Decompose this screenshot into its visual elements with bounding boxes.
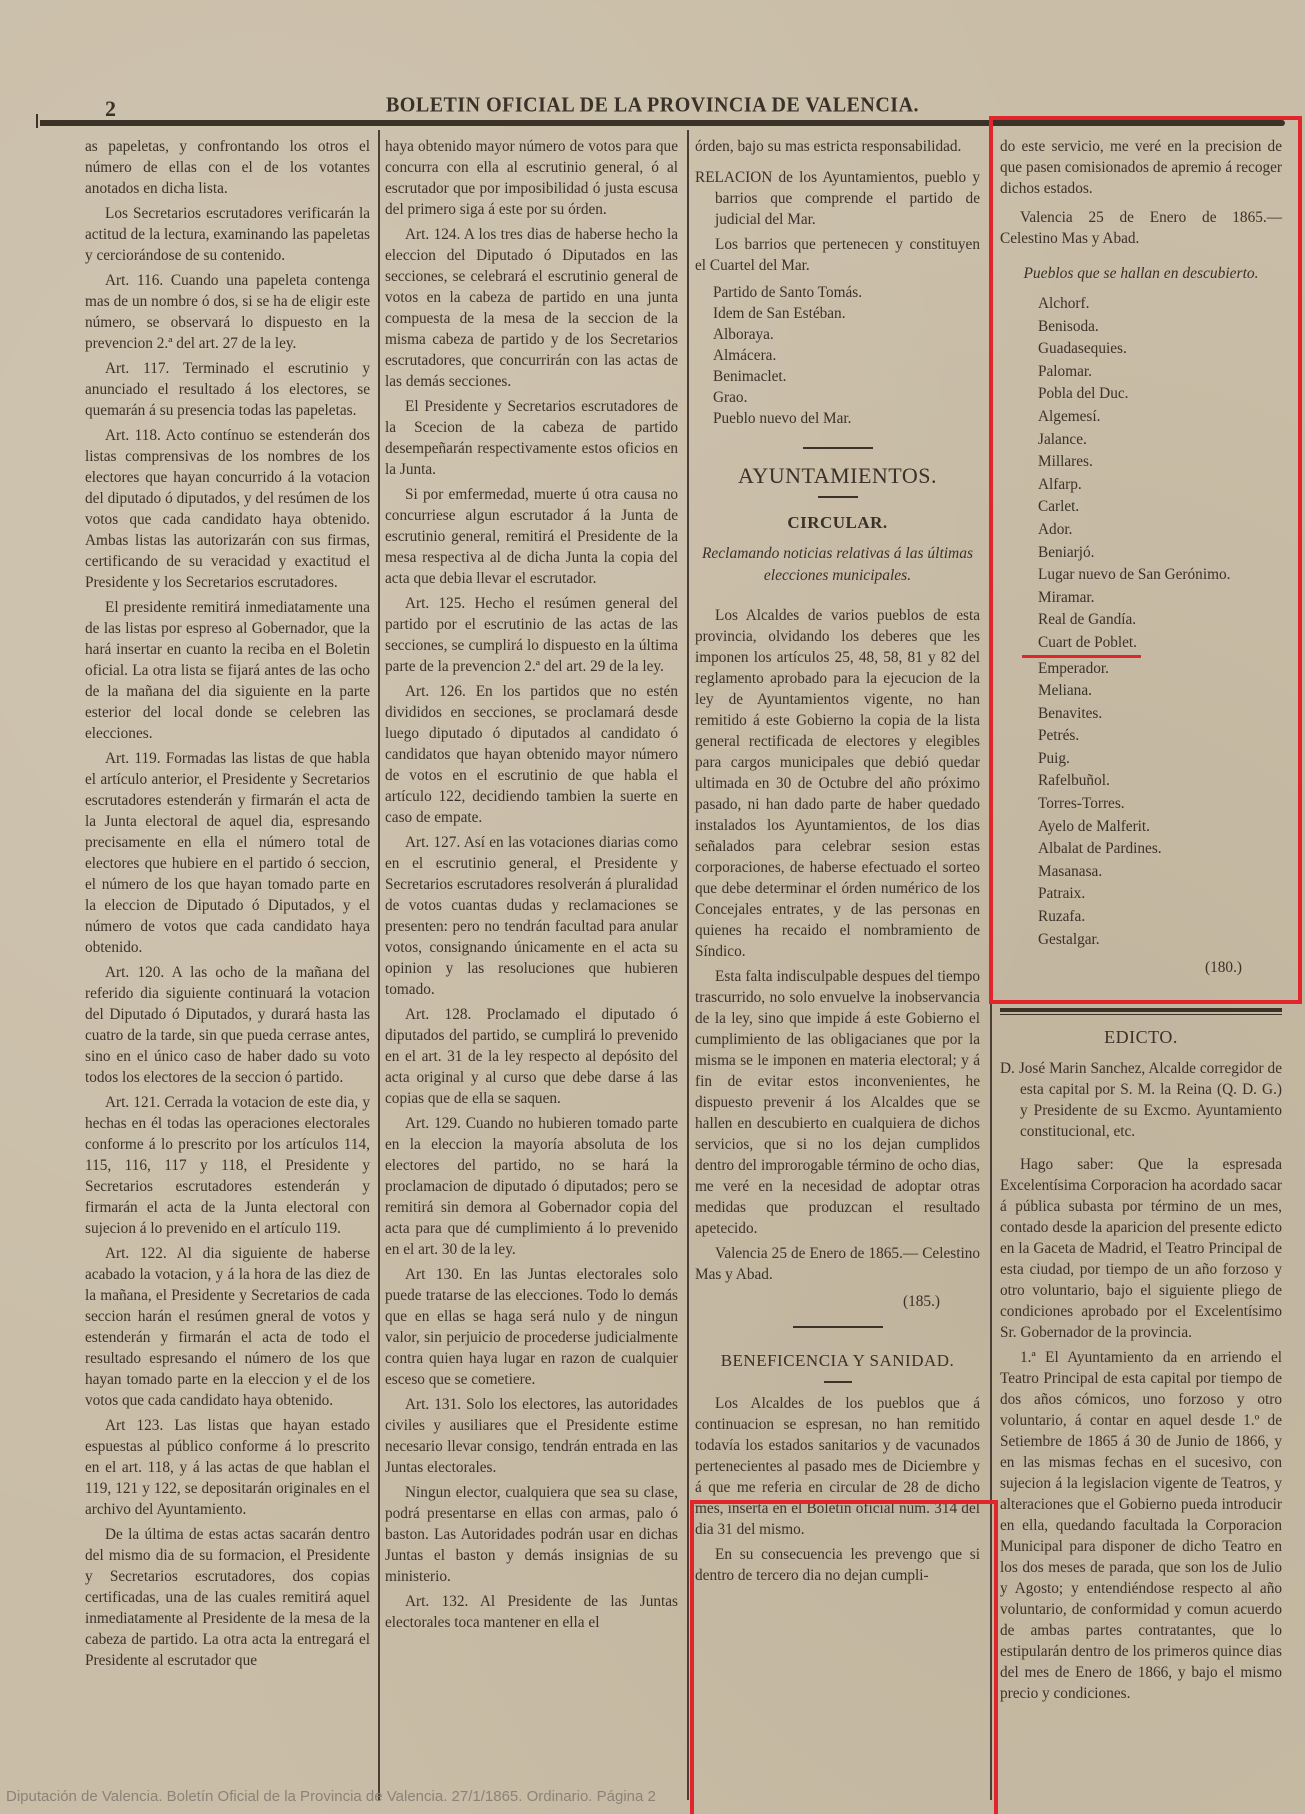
article-130: Art 130. En las Juntas electorales solo … [385, 1264, 678, 1390]
list-item: Emperador. [1000, 658, 1282, 681]
list-item: Torres-Torres. [1000, 793, 1282, 816]
column-4: do este servicio, me veré en la precisio… [1000, 136, 1282, 1708]
section-double-rule [1000, 1014, 1282, 1015]
article-121: Art. 121. Cerrada la votacion de este di… [85, 1092, 370, 1239]
paragraph: Esta falta indisculpable despues del tie… [695, 966, 980, 1239]
highlighted-pueblo: Cuart de Poblet. [1022, 632, 1141, 658]
list-item: Miramar. [1000, 587, 1282, 610]
paragraph: 1.ª El Ayuntamiento da en arriendo el Te… [1000, 1347, 1282, 1704]
column-1: as papeletas, y confrontando los otros e… [85, 136, 370, 1675]
article-125: Art. 125. Hecho el resúmen general del p… [385, 593, 678, 677]
list-item: Benisoda. [1000, 316, 1282, 339]
masthead-title: BOLETIN OFICIAL DE LA PROVINCIA DE VALEN… [0, 93, 1305, 117]
edicto-intro: D. José Marin Sanchez, Alcalde corregido… [1000, 1058, 1282, 1142]
paragraph: haya obtenido mayor número de votos para… [385, 136, 678, 220]
section-rule [824, 1381, 852, 1383]
list-item: Ador. [1000, 519, 1282, 542]
paragraph: Hago saber: Que la espresada Excelentísi… [1000, 1154, 1282, 1343]
list-item: Idem de San Estéban. [695, 303, 980, 324]
list-item: Almácera. [695, 345, 980, 366]
list-item: Rafelbuñol. [1000, 770, 1282, 793]
list-item: Lugar nuevo de San Gerónimo. [1000, 564, 1282, 587]
paragraph: El Presidente y Secretarios escrutadores… [385, 396, 678, 480]
paragraph: do este servicio, me veré en la precisio… [1000, 136, 1282, 199]
section-rule [793, 1326, 883, 1328]
list-item: Alchorf. [1000, 293, 1282, 316]
list-item: Algemesí. [1000, 406, 1282, 429]
list-item: Meliana. [1000, 680, 1282, 703]
article-128: Art. 128. Proclamado el diputado ó diput… [385, 1004, 678, 1109]
reference-number: (180.) [1000, 957, 1282, 978]
article-127: Art. 127. Así en las votaciones diarias … [385, 832, 678, 1000]
article-131: Art. 131. Solo los electores, las autori… [385, 1394, 678, 1478]
header-tick [36, 114, 38, 128]
list-item: Albalat de Pardines. [1000, 838, 1282, 861]
article-123: Art 123. Las listas que hayan estado esp… [85, 1415, 370, 1520]
footer-credit: Diputación de Valencia. Boletín Oficial … [6, 1788, 656, 1805]
section-rule [803, 447, 873, 449]
signature: Valencia 25 de Enero de 1865.— Celestino… [695, 1243, 980, 1285]
list-item: Masanasa. [1000, 861, 1282, 884]
signature: Valencia 25 de Enero de 1865.— Celestino… [1000, 207, 1282, 249]
paragraph: En su consecuencia les prevengo que si d… [695, 1544, 980, 1586]
paragraph: De la última de estas actas sacarán dent… [85, 1524, 370, 1671]
column-divider [687, 130, 689, 1800]
list-item: Partido de Santo Tomás. [695, 282, 980, 303]
list-item: Benavites. [1000, 703, 1282, 726]
list-item: Patraix. [1000, 883, 1282, 906]
article-117: Art. 117. Terminado el escrutinio y anun… [85, 358, 370, 421]
list-item: Puig. [1000, 748, 1282, 771]
article-126: Art. 126. En los partidos que no estén d… [385, 681, 678, 828]
list-item: Pueblo nuevo del Mar. [695, 408, 980, 429]
list-item: Guadasequies. [1000, 338, 1282, 361]
list-item: Alboraya. [695, 324, 980, 345]
section-double-rule [1000, 1008, 1282, 1012]
list-item: Ayelo de Malferit. [1000, 816, 1282, 839]
paragraph: Los Alcaldes de los pueblos que á contin… [695, 1393, 980, 1540]
circular-subtitle: Reclamando noticias relativas á las últi… [695, 543, 980, 587]
pueblos-heading: Pueblos que se hallan en descubierto. [1000, 263, 1282, 285]
list-item: Pobla del Duc. [1000, 383, 1282, 406]
article-129: Art. 129. Cuando no hubieren tomado part… [385, 1113, 678, 1260]
paragraph: Los Secretarios escrutadores verificarán… [85, 203, 370, 266]
list-item: Gestalgar. [1000, 929, 1282, 952]
list-item: Alfarp. [1000, 474, 1282, 497]
list-item: Beniarjó. [1000, 542, 1282, 565]
reference-number: (185.) [695, 1291, 980, 1312]
article-119: Art. 119. Formadas las listas de que hab… [85, 748, 370, 958]
paragraph: Si por emfermedad, muerte ú otra causa n… [385, 484, 678, 589]
paragraph: as papeletas, y confrontando los otros e… [85, 136, 370, 199]
list-item: Real de Gandía. [1000, 609, 1282, 632]
list-item-highlighted: Cuart de Poblet. [1000, 632, 1282, 658]
article-118: Art. 118. Acto contínuo se estenderán do… [85, 425, 370, 593]
list-item: Jalance. [1000, 429, 1282, 452]
list-item: Millares. [1000, 451, 1282, 474]
column-divider [378, 130, 380, 1800]
paragraph: Ningun elector, cualquiera que sea su cl… [385, 1482, 678, 1587]
article-122: Art. 122. Al dia siguiente de haberse ac… [85, 1243, 370, 1411]
column-divider [990, 130, 992, 1800]
header-rule [40, 120, 1285, 126]
column-2: haya obtenido mayor número de votos para… [385, 136, 678, 1637]
article-132: Art. 132. Al Presidente de las Juntas el… [385, 1591, 678, 1633]
list-item: Grao. [695, 387, 980, 408]
list-item: Petrés. [1000, 725, 1282, 748]
paragraph: órden, bajo su mas estricta responsabili… [695, 136, 980, 157]
list-item: Benimaclet. [695, 366, 980, 387]
barrios-intro: Los barrios que pertenecen y constituyen… [695, 234, 980, 276]
pueblos-list: Alchorf. Benisoda. Guadasequies. Palomar… [1000, 293, 1282, 951]
barrios-list: Partido de Santo Tomás. Idem de San Esté… [695, 282, 980, 429]
paragraph: El presidente remitirá inmediatamente un… [85, 597, 370, 744]
beneficencia-title: BENEFICENCIA Y SANIDAD. [695, 1350, 980, 1371]
list-item: Palomar. [1000, 361, 1282, 384]
edicto-title: EDICTO. [1000, 1027, 1282, 1048]
paragraph: Los Alcaldes de varios pueblos de esta p… [695, 605, 980, 962]
list-item: Ruzafa. [1000, 906, 1282, 929]
relacion-heading: RELACION de los Ayuntamientos, pueblo y … [695, 167, 980, 230]
article-120: Art. 120. A las ocho de la mañana del re… [85, 962, 370, 1088]
section-rule [818, 496, 858, 498]
list-item: Carlet. [1000, 496, 1282, 519]
article-124: Art. 124. A los tres dias de haberse hec… [385, 224, 678, 392]
article-116: Art. 116. Cuando una papeleta contenga m… [85, 270, 370, 354]
circular-title: CIRCULAR. [695, 512, 980, 533]
column-3: órden, bajo su mas estricta responsabili… [695, 136, 980, 1590]
section-title-ayuntamientos: AYUNTAMIENTOS. [695, 465, 980, 486]
